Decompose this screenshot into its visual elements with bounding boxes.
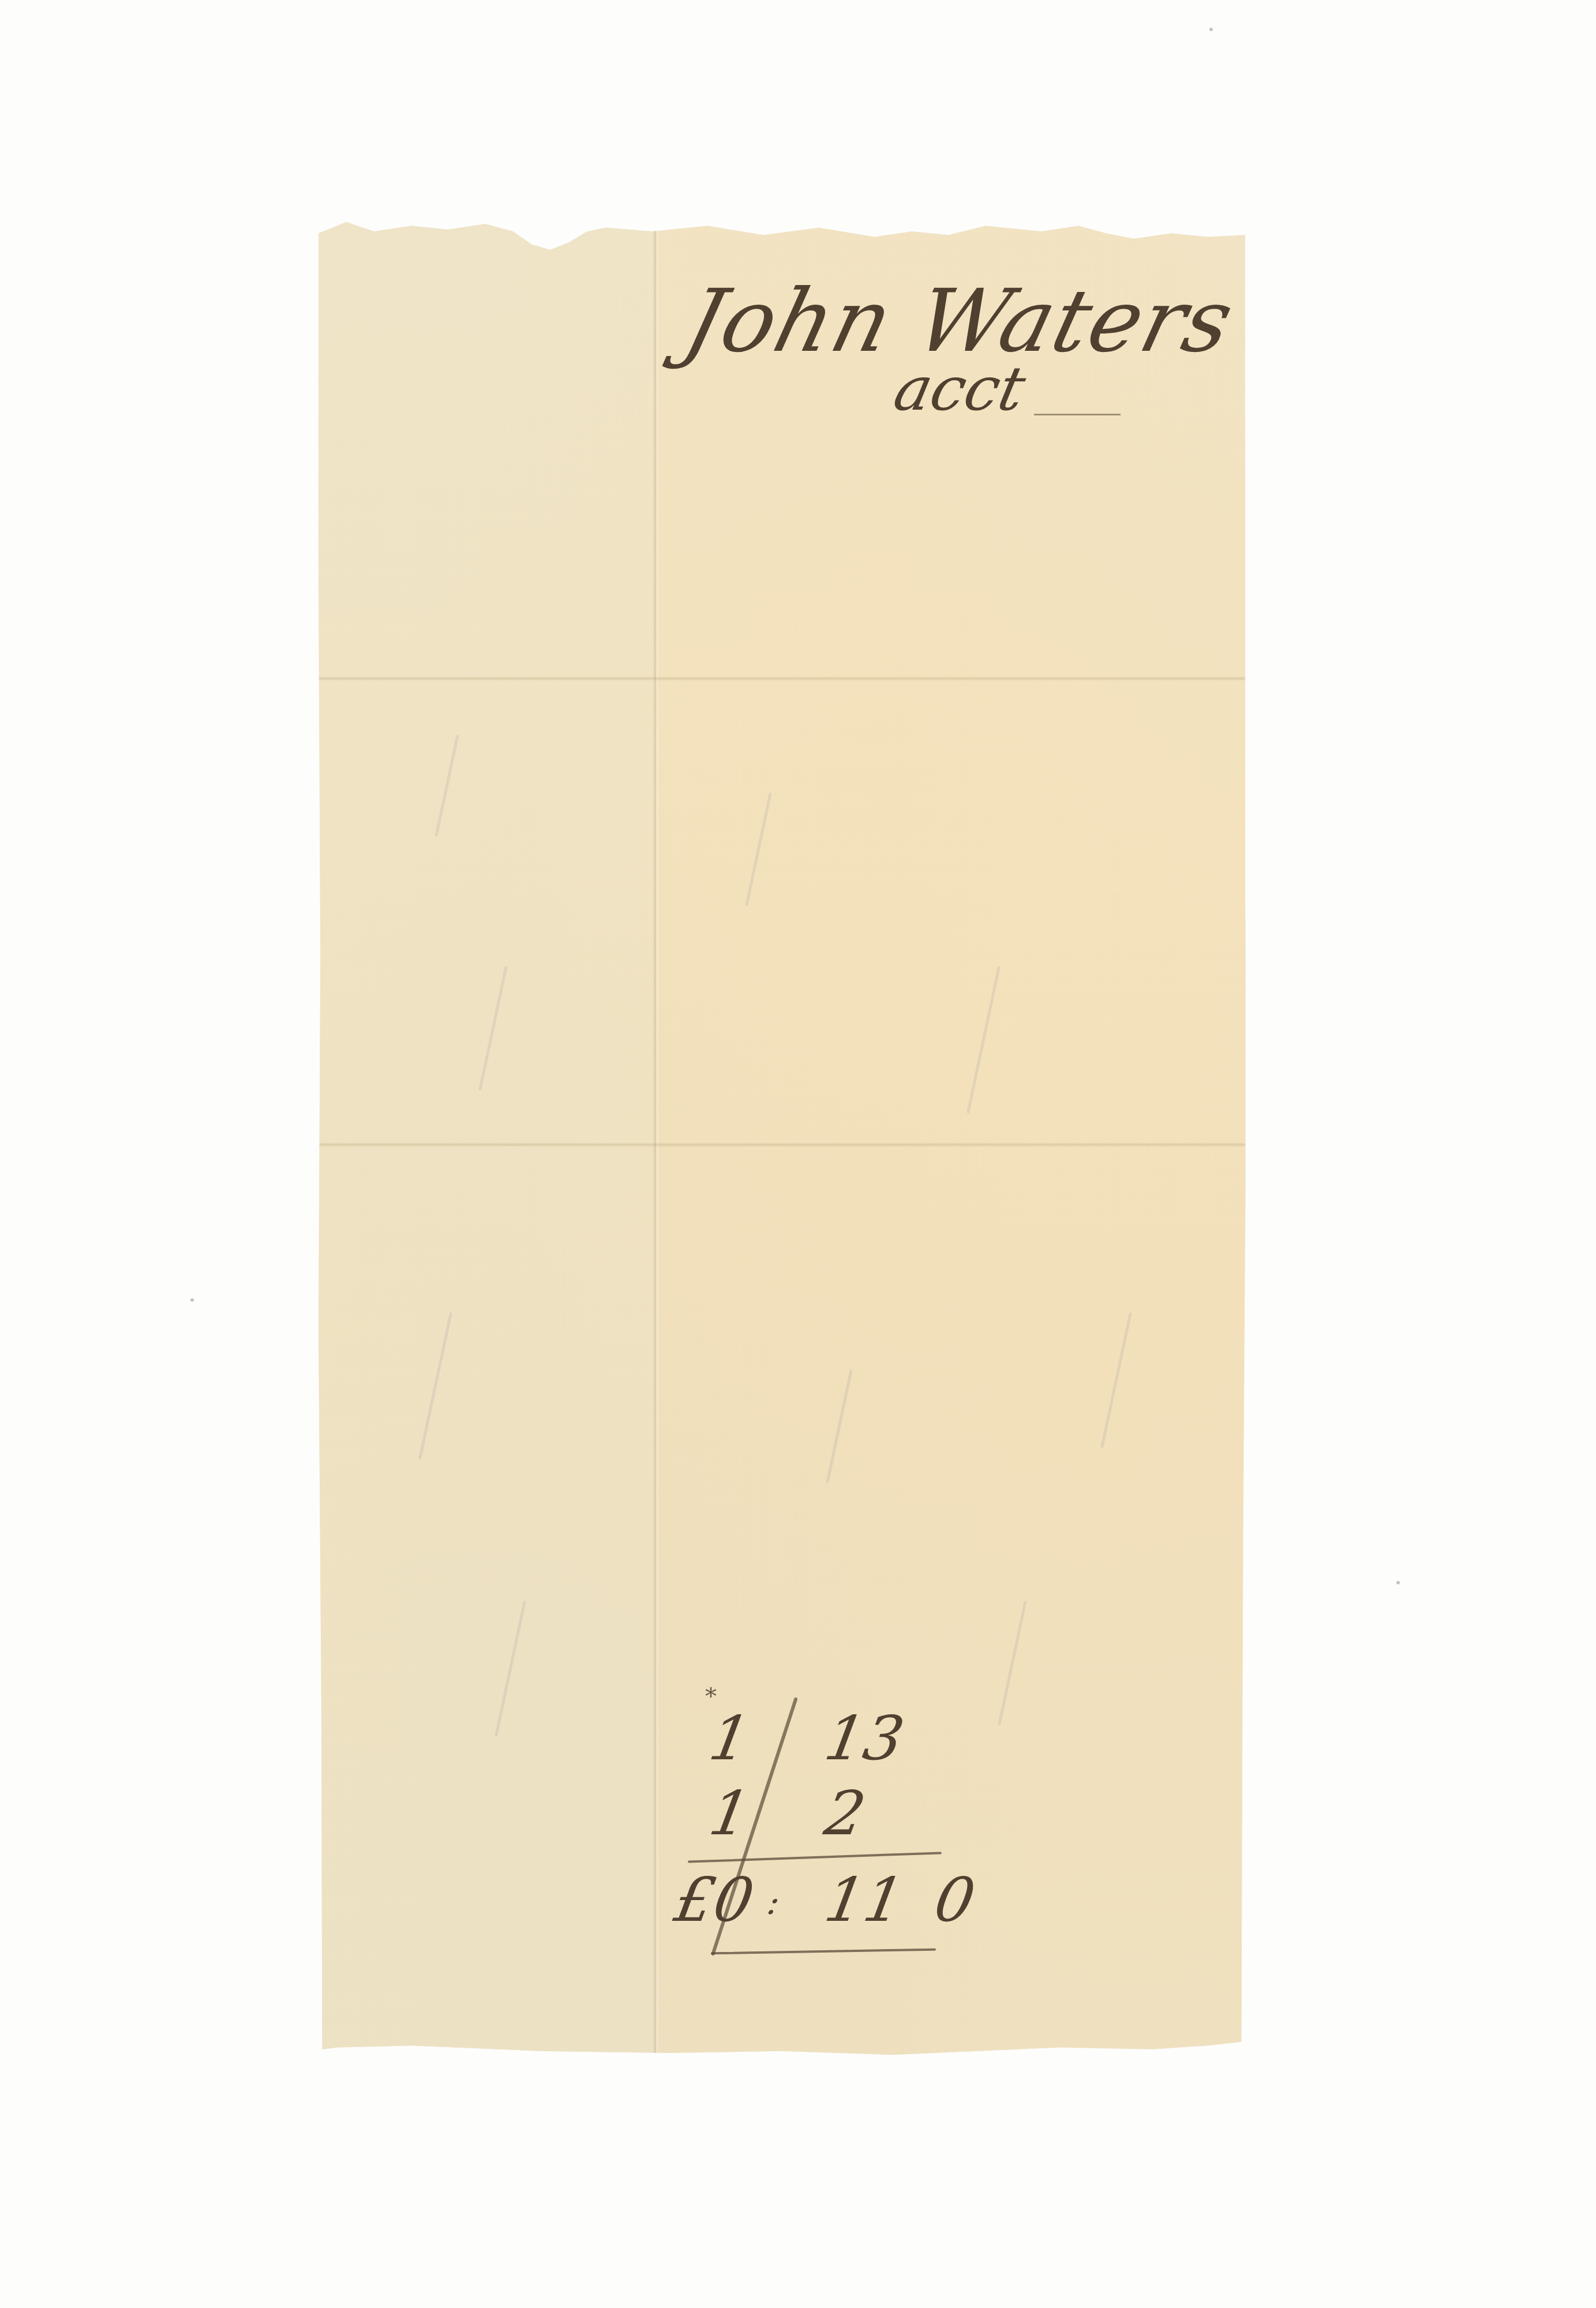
sum-underline [711,1949,936,1955]
bleed-through-mark [826,1370,852,1483]
sum-reckoning: * 1 13 1 2 £0 : 11 0 [670,1680,1074,1980]
bleed-through-mark [1100,1312,1132,1448]
bleed-through-mark [745,793,771,906]
bleed-through-mark [966,966,1001,1113]
sum-value-shillings: 2 [819,1778,870,1849]
docket-subtitle: acct [889,359,1031,419]
docket-name: John Waters [677,278,1242,365]
dust-speck [1209,28,1213,31]
total-pence: 0 [929,1865,980,1935]
sum-value-pounds: 1 [704,1703,755,1774]
total-shillings: 11 [819,1865,909,1935]
caret-mark: * [705,1683,717,1710]
sum-value-pounds: 1 [704,1778,755,1849]
paper-sheet: John Waters acct * 1 13 1 2 £0 : 11 0 [319,215,1245,2070]
sum-value-shillings: 13 [819,1703,909,1774]
horizontal-fold-line [319,1142,1245,1147]
dust-speck [190,1298,194,1302]
dust-speck [1396,1581,1400,1584]
sum-rule [688,1852,942,1863]
horizontal-fold-line [319,676,1245,681]
total-separator: : [764,1882,783,1923]
docket-underline [1034,414,1121,415]
total-pounds: £0 [669,1865,759,1935]
